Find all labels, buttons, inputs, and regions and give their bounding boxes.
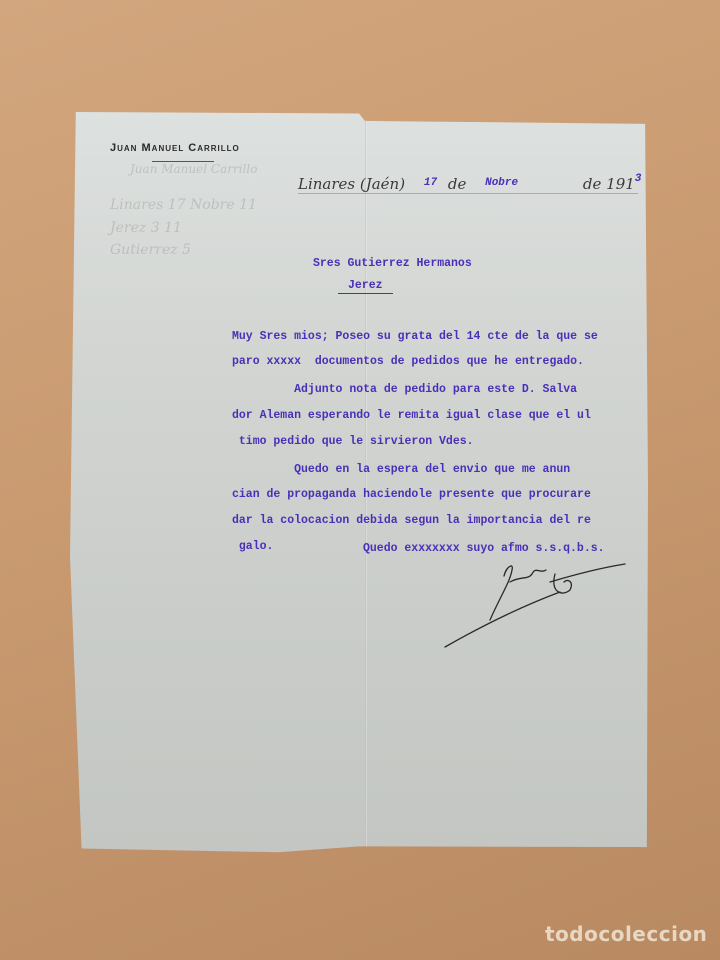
de-label: de [448, 175, 466, 193]
body-line: Muy Sres mios; Poseo su grata del 14 cte… [232, 330, 598, 343]
body-line: dor Aleman esperando le remita igual cla… [232, 409, 591, 422]
recipient-name: Sres Gutierrez Hermanos [313, 257, 472, 270]
year-prefix: de 191 [583, 175, 635, 193]
watermark: todocoleccion [545, 922, 707, 946]
letterhead-name: Juan Manuel Carrillo [110, 142, 240, 154]
ghost-note: Juan Manuel Carrillo [130, 162, 257, 176]
year-digit: 3 [635, 173, 642, 185]
recipient-city: Jerez [338, 279, 393, 292]
body-line: dar la colocacion debida segun la import… [232, 514, 591, 527]
body-line: Adjunto nota de pedido para este D. Salv… [232, 383, 577, 396]
dateline: Linares (Jaén) 17 de Nobre de 1913 [298, 175, 641, 193]
ghost-note: Gutierrez 5 [110, 242, 191, 258]
letter-sheet: Juan Manuel Carrillo Juan Manuel Carrill… [70, 112, 648, 853]
paper-fold [365, 112, 367, 853]
body-line: galo. [232, 540, 273, 553]
ghost-note: Jerez 3 11 [110, 220, 182, 236]
signature [440, 552, 630, 652]
body-line: timo pedido que le sirvieron Vdes. [232, 435, 474, 448]
body-line: cian de propaganda haciendole presente q… [232, 488, 591, 501]
body-line: Quedo en la espera del envio que me anun [232, 463, 570, 476]
ghost-note: Linares 17 Nobre 11 [110, 197, 257, 213]
day: 17 [424, 177, 437, 189]
recipient-city-text: Jerez [338, 279, 393, 294]
body-line: paro xxxxx documentos de pedidos que he … [232, 355, 584, 368]
month: Nobre [485, 177, 518, 189]
dateline-rule [298, 193, 638, 194]
place: Linares (Jaén) [298, 175, 405, 193]
